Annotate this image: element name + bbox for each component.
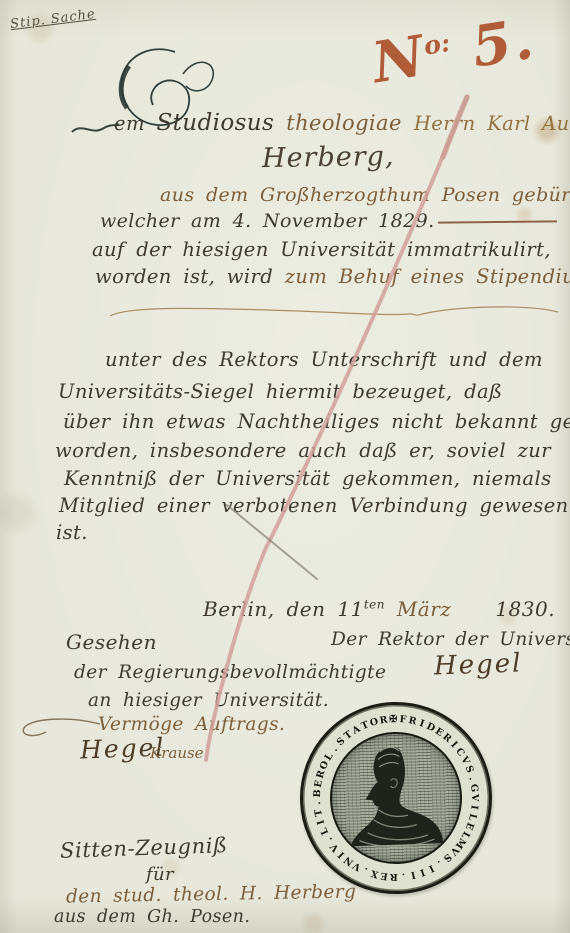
document-paper: Stip. Sache No: 5.5. em Studiosus theolo…	[0, 0, 570, 933]
pencil-line	[227, 505, 317, 579]
pink-line-head	[443, 97, 467, 157]
pink-line	[206, 97, 467, 760]
cancellation-lines	[0, 0, 570, 933]
